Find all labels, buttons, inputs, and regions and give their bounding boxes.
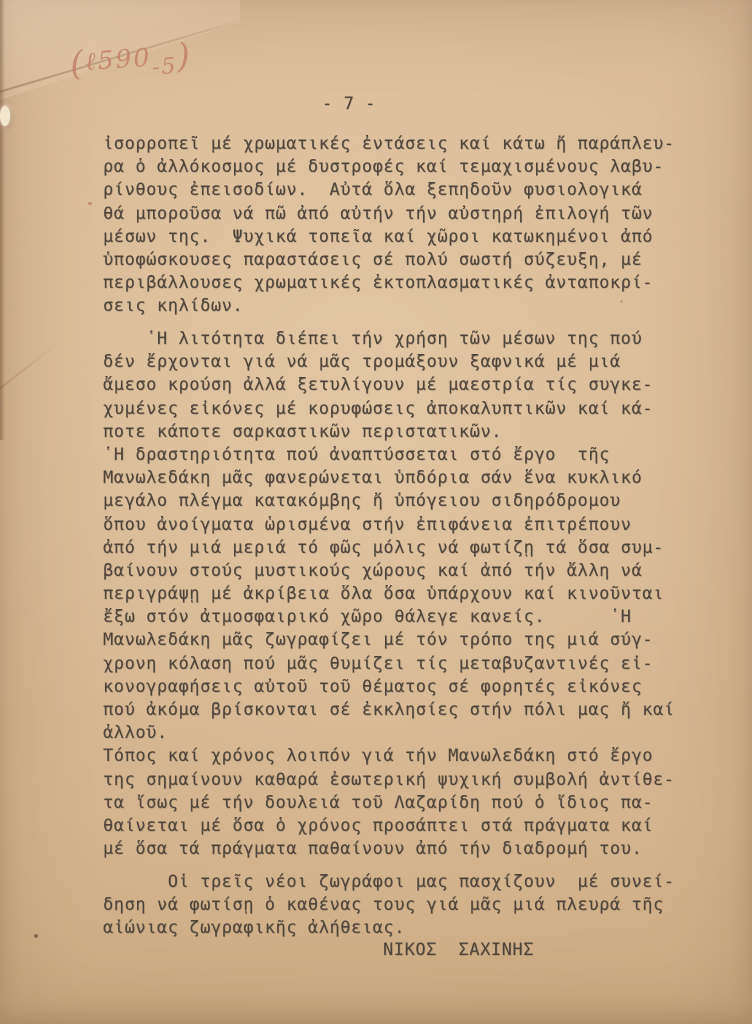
text-line: θαίνεται μέ ὅσα ὁ χρόνος προσάπτει στά π… — [103, 815, 703, 838]
text-line: Τόπος καί χρόνος λοιπόν γιά τήν Μανωλεδά… — [103, 745, 703, 768]
text-line: της σημαίνουν καθαρά ἐσωτερική ψυχική συ… — [103, 769, 703, 792]
text-line: θά μποροῦσα νά πῶ ἀπό αὐτήν τήν αὐστηρή … — [103, 203, 703, 226]
text-line: ὅπου ἀνοίγματα ὡρισμένα στήν ἐπιφάνεια ἐ… — [103, 514, 703, 537]
text-line: περιγράψῃ μέ ἀκρίβεια ὅλα ὅσα ὑπάρχουν κ… — [103, 583, 703, 606]
paper-sheet: (ℓ590-5) - 7 - ἰσορροπεῖ μέ χρωματικές ἐ… — [0, 0, 752, 1024]
text-line: Μανωλεδάκη μᾶς ζωγραφίζει μέ τόν τρόπο τ… — [103, 629, 703, 652]
text-line: μεγάλο πλέγμα κατακόμβης ἤ ὑπόγειου σιδη… — [103, 490, 703, 513]
handwritten-annotation: (ℓ590-5) — [69, 36, 194, 84]
annotation-code: ℓ590 — [84, 43, 152, 77]
paper-speck — [34, 934, 38, 938]
text-line: ἔξω στόν ἀτμοσφαιρικό χῶρο θάλεγε κανείς… — [103, 606, 703, 629]
text-line: τα ἴσως μέ τήν δουλειά τοῦ Λαζαρίδη πού … — [103, 792, 703, 815]
text-line: ρα ὁ ἀλλόκοσμος μέ δυστροφές καί τεμαχισ… — [103, 156, 703, 179]
fold-crease-small — [0, 343, 58, 393]
text-line: δηση νά φωτίσῃ ὁ καθένας τους γιά μᾶς μι… — [103, 894, 703, 917]
text-line: ῾Η δραστηριότητα πού ἀναπτύσσεται στό ἔρ… — [103, 444, 703, 467]
page-number: - 7 - — [322, 94, 376, 114]
text-line: ρίνθους ἐπεισοδίων. Αὐτά ὅλα ξεπηδοῦν φυ… — [103, 179, 703, 202]
paper-edge-shadow — [0, 0, 5, 440]
annotation-subscript: -5 — [151, 54, 178, 81]
text-line: περιβάλλουσες χρωματικές ἐκτοπλασματικές… — [103, 272, 703, 295]
text-line: χυμένες εἰκόνες μέ κορυφώσεις ἀποκαλυπτι… — [103, 398, 703, 421]
text-line: ἰσορροπεῖ μέ χρωματικές ἐντάσεις καί κάτ… — [103, 133, 703, 156]
text-line: σεις κηλίδων. — [103, 295, 703, 318]
text-line: Οἱ τρεῖς νέοι ζωγράφοι μας πασχίζουν μέ … — [103, 871, 703, 894]
text-line: ποτε κάποτε σαρκαστικῶν περιστατικῶν. — [103, 421, 703, 444]
annotation-close-paren: ) — [175, 36, 193, 77]
text-line: ἀπό τήν μιά μεριά τό φῶς μόλις νά φωτίζῃ… — [103, 537, 703, 560]
text-line: ἀλλοῦ. — [103, 722, 703, 745]
text-line: κονογραφήσεις αὐτοῦ τοῦ θέματος σέ φορητ… — [103, 676, 703, 699]
paper-notch — [0, 106, 10, 126]
paper-speck — [88, 202, 92, 205]
text-line: δέν ἔρχονται γιά νά μᾶς τρομάξουν ξαφνικ… — [103, 351, 703, 374]
text-line: αἰώνιας ζωγραφικῆς ἀλήθειας. — [103, 917, 703, 940]
text-line: ὑποφώσκουσες παραστάσεις σέ πολύ σωστή σ… — [103, 249, 703, 272]
text-line: Μανωλεδάκη μᾶς φανερώνεται ὑπδόρια σάν ἕ… — [103, 467, 703, 490]
text-line: ῾Η λιτότητα διέπει τήν χρήση τῶν μέσων τ… — [103, 328, 703, 351]
text-line: χρονη κόλαση πού μᾶς θυμίζει τίς μεταβυζ… — [103, 653, 703, 676]
typed-text-block: ἰσορροπεῖ μέ χρωματικές ἐντάσεις καί κάτ… — [103, 133, 703, 940]
author-signature: ΝΙΚΟΣ ΣΑΧΙΝΗΣ — [383, 940, 534, 960]
text-line: ἄμεσο κρούση ἀλλά ξετυλίγουν μέ μαεστρία… — [103, 374, 703, 397]
text-line: μέ ὅσα τά πράγματα παθαίνουν ἀπό τήν δια… — [103, 838, 703, 861]
text-line: βαίνουν στούς μυστικούς χώρους καί ἀπό τ… — [103, 560, 703, 583]
text-line: μέσων της. Ψυχικά τοπεῖα καί χῶροι κατωκ… — [103, 226, 703, 249]
text-line: πού ἀκόμα βρίσκονται σέ ἐκκλησίες στήν π… — [103, 699, 703, 722]
